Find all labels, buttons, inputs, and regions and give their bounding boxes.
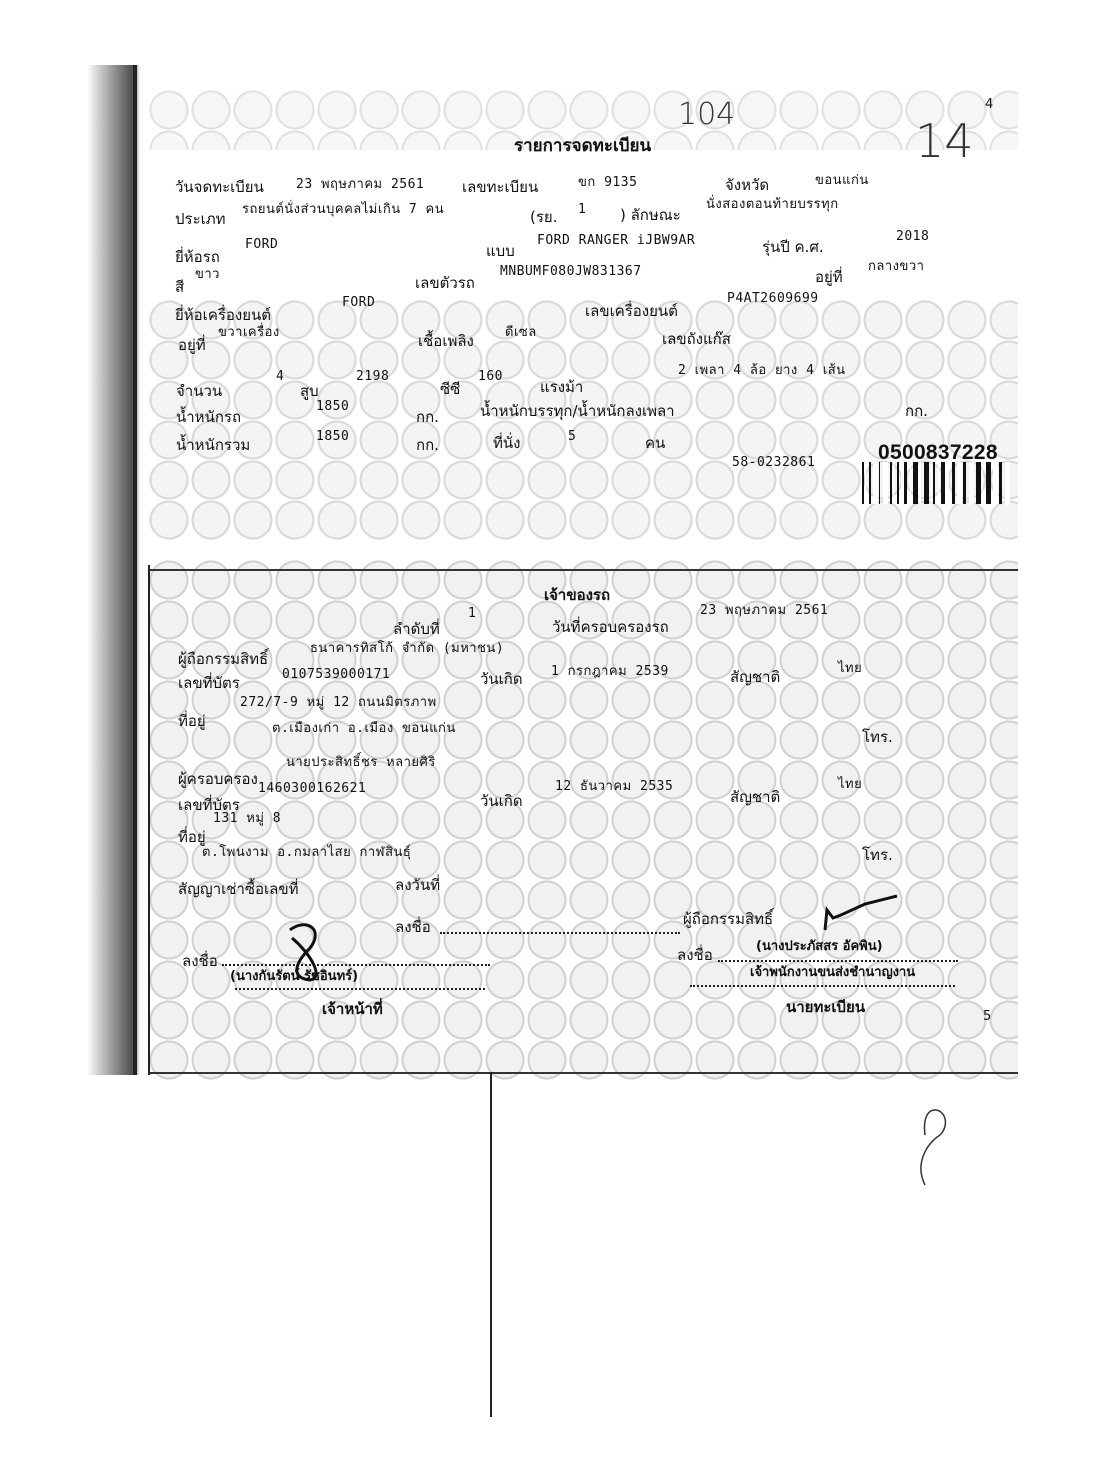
type-code-close: ) ลักษณะ — [620, 208, 681, 223]
barcode-bar — [938, 462, 940, 504]
seats-unit: คน — [645, 436, 665, 451]
barcode-bar — [883, 462, 888, 504]
engine-number-label: เลขเครื่องยนต์ — [585, 304, 678, 319]
owner-address-line2: ต.เมืองเก่า อ.เมือง ขอนแก่น — [272, 722, 456, 735]
cylinders-label: จำนวน — [176, 384, 222, 399]
registrar-sign-label: ลงชื่อ — [677, 948, 713, 963]
form-left-border — [148, 565, 150, 1075]
load-weight-label: น้ำหนักบรรทุก/น้ำหนักลงเพลา — [480, 404, 675, 419]
barcode-bar — [1005, 462, 1010, 504]
owner-role: ผู้ถือกรรมสิทธิ์ — [683, 912, 773, 927]
barcode-bar — [924, 462, 929, 504]
registration-date-label: วันจดทะเบียน — [175, 180, 264, 195]
axles-wheels: 2 เพลา 4 ล้อ ยาง 4 เส้น — [678, 364, 846, 377]
registration-date: 23 พฤษภาคม 2561 — [296, 178, 424, 191]
barcode — [862, 462, 1012, 504]
model-label: แบบ — [486, 244, 515, 259]
chassis-location: กลางขวา — [868, 260, 924, 273]
barcode-bar — [897, 462, 899, 504]
cylinders: 4 — [276, 370, 284, 383]
possessor-address-label: ที่อยู่ — [178, 830, 206, 845]
lower-right-arc-mark — [915, 1105, 975, 1215]
owner-birth-label: วันเกิด — [480, 672, 523, 687]
owner-nationality-label: สัญชาติ — [730, 670, 780, 685]
barcode-bar — [904, 462, 907, 504]
page-bottom-number: 5 — [983, 1010, 991, 1023]
barcode-bar — [873, 462, 878, 504]
section-divider — [148, 569, 1018, 571]
cylinders-unit: สูบ — [300, 384, 319, 399]
owner-signature-line — [440, 932, 680, 934]
registrar-name-line — [690, 985, 955, 987]
barcode-bar — [910, 462, 912, 504]
registrar-role: นายทะเบียน — [786, 1000, 865, 1015]
barcode-bar — [957, 462, 962, 504]
officer-signature-line — [222, 964, 490, 966]
type-code: 1 — [578, 203, 586, 216]
chassis-number: MNBUMF080JW831367 — [500, 265, 642, 278]
barcode-bar — [862, 462, 864, 504]
owner-address-label: ที่อยู่ — [178, 714, 206, 729]
plate-number: ขก 9135 — [578, 176, 637, 189]
barcode-bar — [952, 462, 955, 504]
barcode-bar — [941, 462, 944, 504]
barcode-bar — [969, 462, 974, 504]
fuel-label: เชื้อเพลิง — [418, 334, 474, 349]
owner-sign-label: ลงชื่อ — [395, 920, 431, 935]
horsepower-label: แรงม้า — [540, 380, 583, 395]
reference-number: 58-0232861 — [732, 456, 815, 469]
barcode-bar — [893, 462, 895, 504]
possessor-name: นายประสิทธิ์ชร หลายศิริ — [286, 756, 436, 769]
owner-id: 0107539000171 — [282, 668, 390, 681]
type-code-open: (รย. — [530, 210, 557, 225]
barcode-bar — [993, 462, 998, 504]
engine-cc: 2198 — [356, 370, 389, 383]
cc-label: ซีซี — [440, 382, 460, 397]
possessor-id: 1460300162621 — [258, 782, 366, 795]
vehicle-type: รถยนต์นั่งส่วนบุคคลไม่เกิน 7 คน — [242, 203, 444, 216]
owner-section-heading: เจ้าของรถ — [544, 588, 610, 603]
barcode-bar — [901, 462, 903, 504]
possessor-label: ผู้ครอบครอง — [178, 772, 258, 787]
barcode-bar — [931, 462, 933, 504]
brand: FORD — [245, 238, 278, 251]
seats-label: ที่นั่ง — [493, 436, 520, 451]
chassis-label: เลขตัวรถ — [415, 276, 475, 291]
barcode-bar — [890, 462, 892, 504]
barcode-bar — [976, 462, 981, 504]
model-year-label: รุ่นปี ค.ศ. — [762, 240, 824, 255]
owner-id-label: เลขที่บัตร — [178, 676, 240, 691]
seats: 5 — [568, 430, 576, 443]
scanned-registration-page: 104 14 4 รายการจดทะเบียน วันจดทะเบียน 23… — [0, 0, 1108, 1477]
horsepower: 160 — [478, 370, 503, 383]
handwritten-number-right: 14 — [915, 118, 974, 164]
officer-role: เจ้าหน้าที่ — [322, 1002, 383, 1017]
owner-phone-label: โทร. — [862, 730, 893, 745]
binding-edge-line — [133, 65, 137, 1075]
form-bottom-border — [148, 1072, 1018, 1074]
chassis-location-label: อยู่ที่ — [815, 270, 843, 285]
barcode-bar — [986, 462, 991, 504]
page-corner-number: 4 — [985, 98, 993, 111]
document-title: รายการจดทะเบียน — [514, 138, 651, 155]
body-style: นั่งสองตอนท้ายบรรทุก — [706, 198, 839, 211]
barcode-bar — [963, 462, 966, 504]
possessor-birth: 12 ธันวาคม 2535 — [555, 780, 673, 793]
vehicle-weight: 1850 — [316, 400, 349, 413]
possession-date-label: วันที่ครอบครองรถ — [552, 620, 669, 635]
barcode-bar — [919, 462, 921, 504]
engine-location: ขวาเครื่อง — [218, 326, 280, 339]
sequence-label: ลำดับที่ — [393, 622, 440, 637]
province: ขอนแก่น — [815, 174, 869, 187]
province-label: จังหวัด — [725, 178, 769, 193]
registrar-signature-line — [718, 960, 958, 962]
handwritten-number-top: 104 — [678, 100, 735, 130]
lower-panel-divider — [490, 1072, 492, 1417]
color-label: สี — [175, 280, 184, 295]
owner-label: ผู้ถือกรรมสิทธิ์ — [178, 652, 268, 667]
load-weight-unit: กก. — [905, 404, 928, 419]
fuel: ดีเซล — [505, 326, 537, 339]
brand-label: ยี่ห้อรถ — [175, 250, 220, 265]
total-weight: 1850 — [316, 430, 349, 443]
registrar-position: เจ้าพนักงานขนส่งชำนาญงาน — [750, 966, 915, 979]
model-year: 2018 — [896, 230, 929, 243]
owner-birth: 1 กรกฎาคม 2539 — [551, 665, 669, 678]
barcode-number: 0500837228 — [878, 442, 998, 463]
officer-name: (นางกันรัตน์ รัชอินทร์) — [230, 970, 358, 983]
possessor-birth-label: วันเกิด — [480, 794, 523, 809]
lease-contract-label: สัญญาเช่าซื้อเลขที่ — [178, 882, 299, 897]
owner-address-line1: 272/7-9 หมู่ 12 ถนนมิตรภาพ — [240, 696, 437, 709]
registrar-name: (นางประภัสสร อัคพิน) — [756, 940, 883, 953]
total-weight-unit: กก. — [416, 438, 439, 453]
possessor-nationality: ไทย — [838, 778, 862, 791]
engine-brand-label: ยี่ห้อเครื่องยนต์ — [175, 308, 271, 323]
barcode-bar — [933, 462, 935, 504]
barcode-bar — [999, 462, 1002, 504]
possessor-phone-label: โทร. — [862, 848, 893, 863]
barcode-bar — [946, 462, 949, 504]
barcode-bar — [982, 462, 984, 504]
sequence-number: 1 — [468, 607, 476, 620]
color: ขาว — [195, 268, 220, 281]
weight-label: น้ำหนักรถ — [176, 410, 241, 425]
officer-name-line — [235, 988, 485, 990]
lease-date-label: ลงวันที่ — [395, 878, 440, 893]
weight-unit: กก. — [416, 410, 439, 425]
owner-name: ธนาคารทิสโก้ จำกัด (มหาชน) — [310, 642, 504, 655]
type-label: ประเภท — [175, 212, 226, 227]
barcode-bar — [865, 462, 867, 504]
owner-nationality: ไทย — [838, 662, 862, 675]
gas-tank-label: เลขถังแก๊ส — [662, 332, 731, 347]
barcode-bar — [869, 462, 871, 504]
plate-label: เลขทะเบียน — [462, 180, 538, 195]
possession-date: 23 พฤษภาคม 2561 — [700, 604, 828, 617]
model: FORD RANGER iJBW9AR — [537, 234, 695, 247]
engine-number: P4AT2609699 — [727, 292, 819, 305]
possessor-address-line2: ต.โพนงาม อ.กมลาไสย กาฬสินธุ์ — [202, 846, 411, 859]
barcode-bar — [913, 462, 918, 504]
officer-sign-label: ลงชื่อ — [182, 954, 218, 969]
barcode-bar — [879, 462, 881, 504]
possessor-address-line1: 131 หมู่ 8 — [213, 812, 281, 825]
engine-location-label: อยู่ที่ — [178, 338, 206, 353]
total-weight-label: น้ำหนักรวม — [176, 438, 250, 453]
engine-brand: FORD — [342, 296, 375, 309]
possessor-nationality-label: สัญชาติ — [730, 790, 780, 805]
